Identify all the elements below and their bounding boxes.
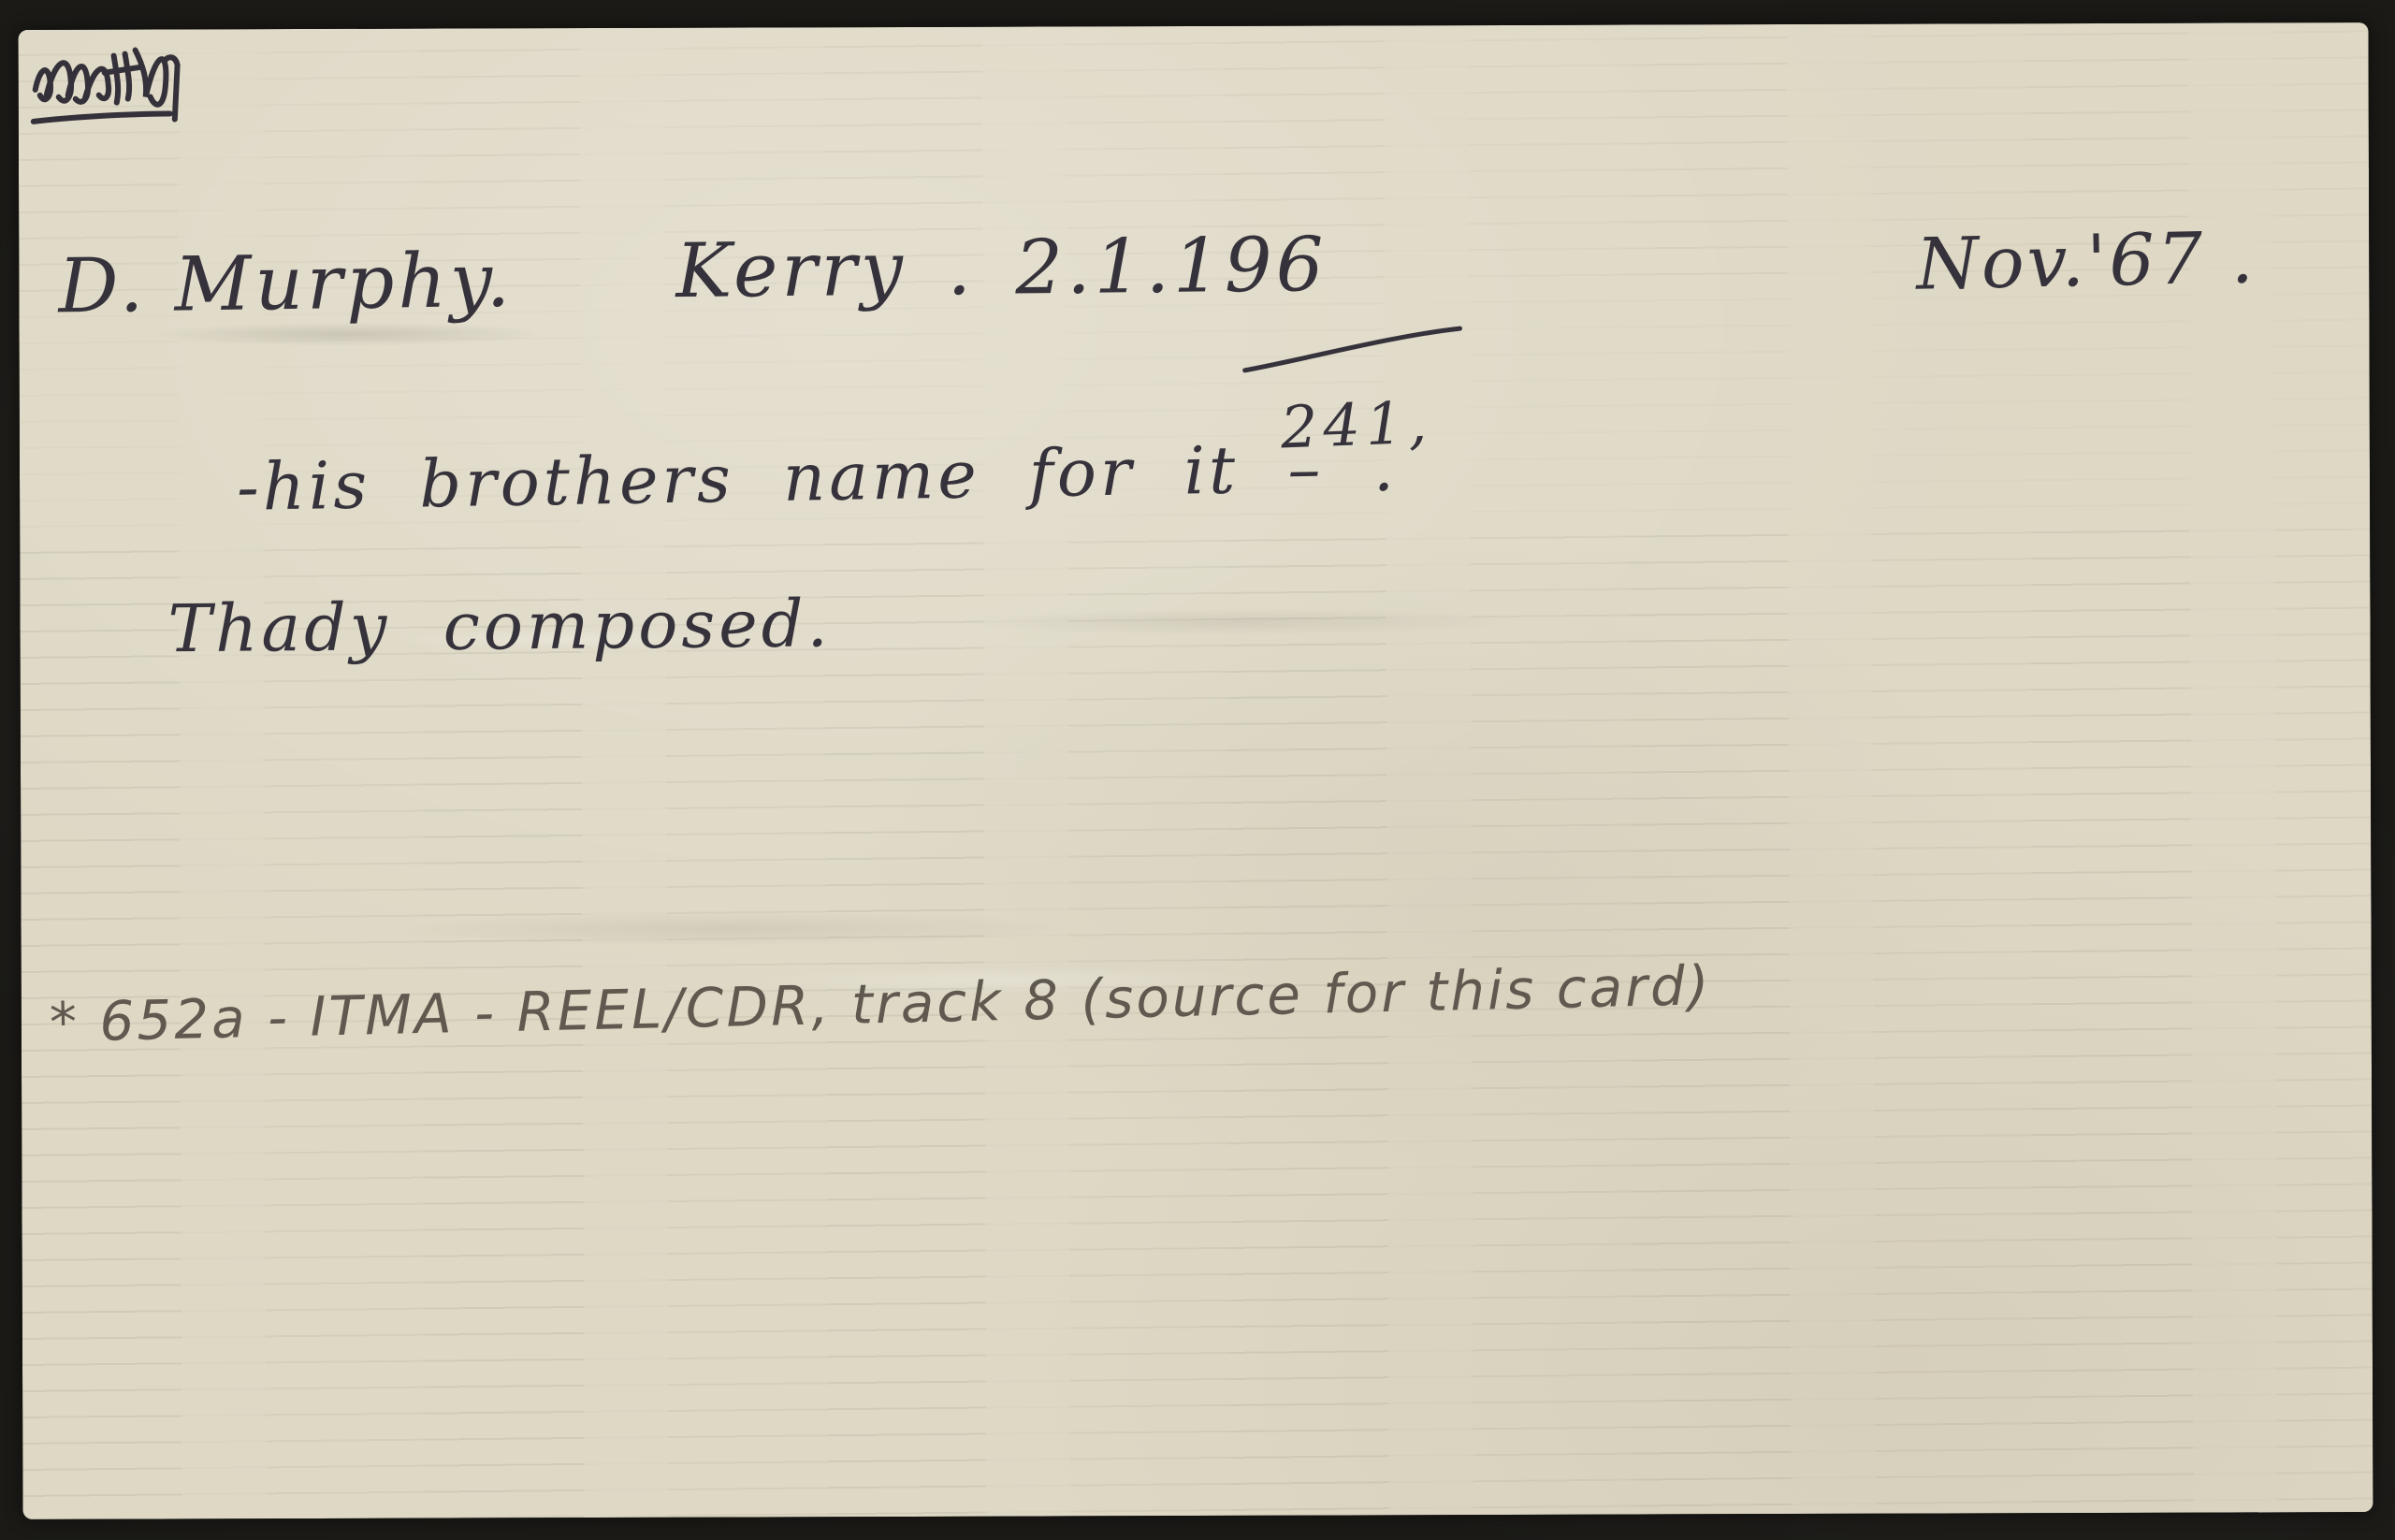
- date-annotation: Nov.'67 .: [1915, 212, 2257, 308]
- index-card: D. Murphy. Kerry . 2.1.196 Nov.'67 . 241…: [19, 22, 2373, 1519]
- performer-name: D. Murphy.: [58, 234, 515, 334]
- underline-stroke: [1241, 325, 1466, 378]
- crossed-out-scribble-icon: [28, 29, 196, 138]
- place-and-date: Kerry . 2.1.196: [675, 218, 1328, 318]
- attribution-line: Thady composed.: [167, 583, 832, 670]
